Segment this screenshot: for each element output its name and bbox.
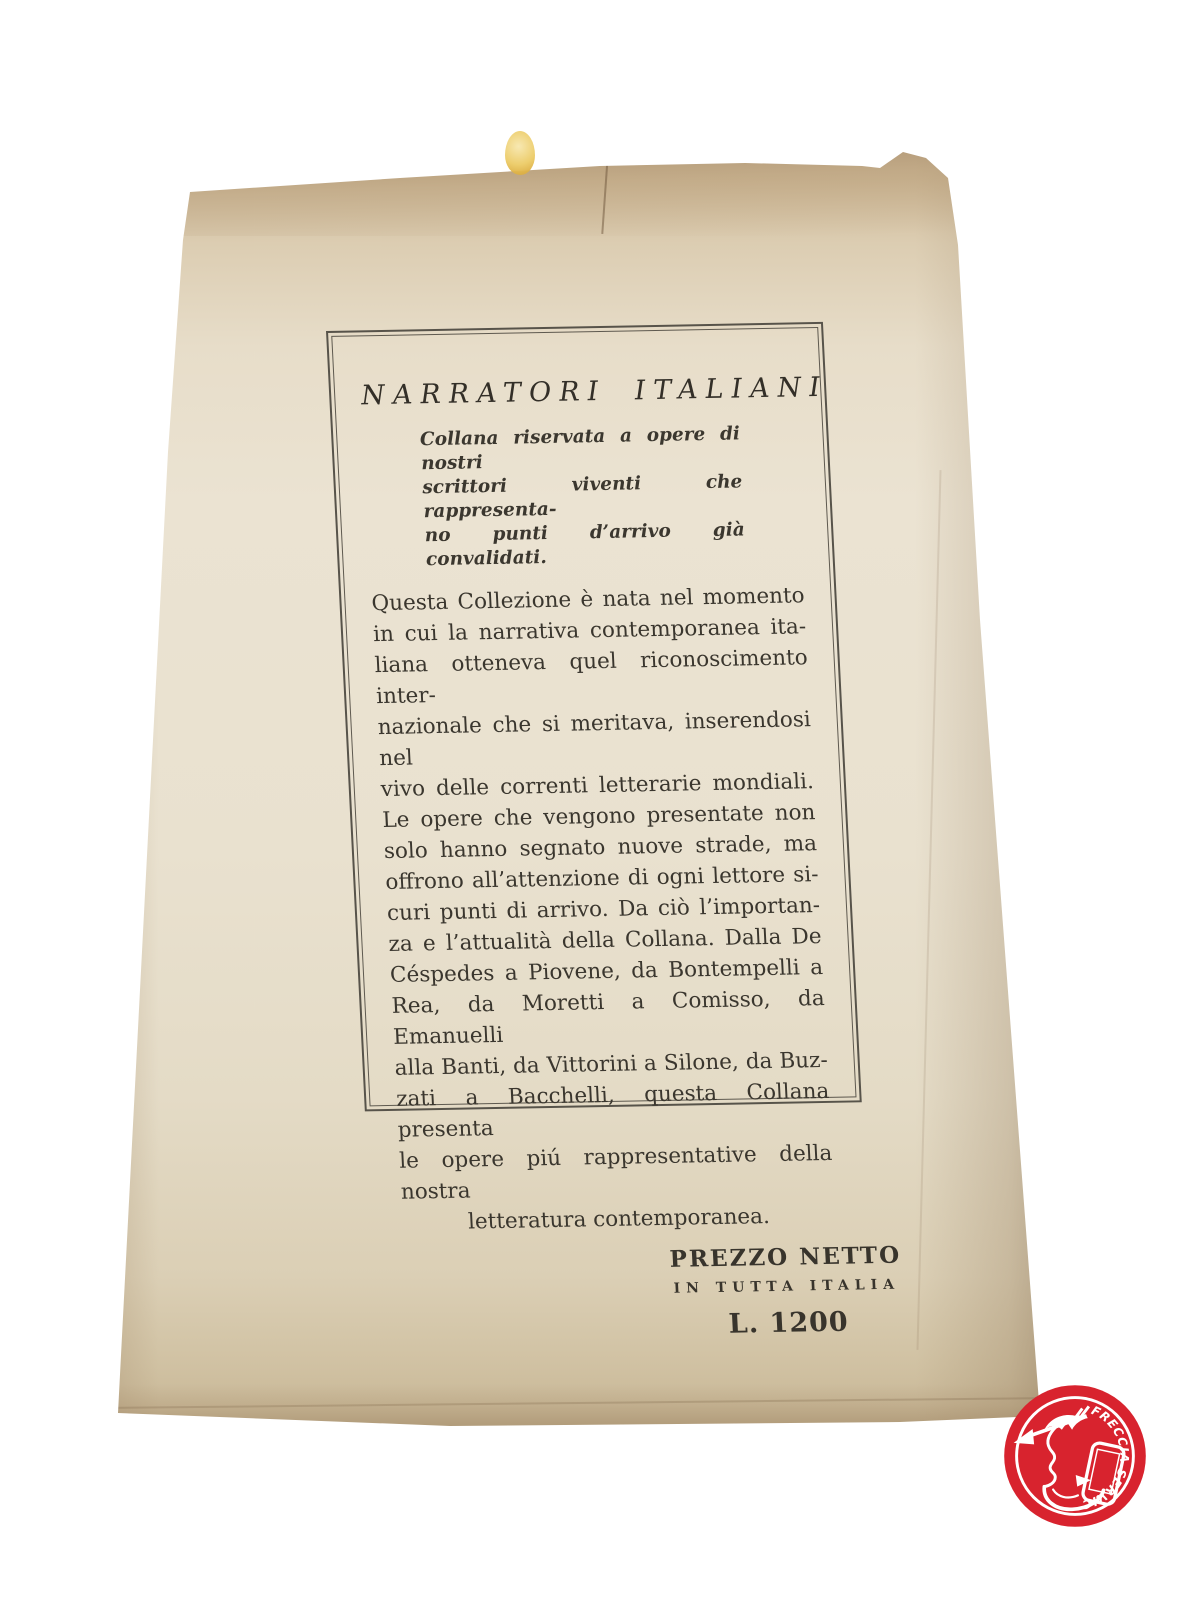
series-note-line: Collana riservata a opere di nostri	[419, 422, 741, 476]
freccia-service-watermark-icon: FRECCIA SERVICE®	[1002, 1383, 1148, 1529]
series-description-line: Rea, da Moretti a Comisso, da Emanuelli	[391, 983, 827, 1053]
book-back-cover: NARRATORI ITALIANI Collana riservata a o…	[112, 140, 1046, 1432]
series-note: Collana riservata a opere di nostriscrit…	[419, 422, 746, 572]
jacket-printed-content: NARRATORI ITALIANI Collana riservata a o…	[103, 127, 1101, 1435]
series-panel-frame: NARRATORI ITALIANI Collana riservata a o…	[326, 322, 862, 1112]
series-panel: NARRATORI ITALIANI Collana riservata a o…	[331, 327, 856, 1106]
price-sublabel: IN TUTTA ITALIA	[671, 1277, 904, 1297]
price-amount: L. 1200	[672, 1306, 906, 1341]
price-block: PREZZO NETTO IN TUTTA ITALIA L. 1200	[669, 1242, 906, 1341]
series-description-last-line: letteratura contemporanea.	[402, 1200, 836, 1239]
price-label: PREZZO NETTO	[669, 1242, 902, 1273]
photo-scene: NARRATORI ITALIANI Collana riservata a o…	[0, 0, 1200, 1600]
series-description-line: liana otteneva quel riconoscimento inter…	[374, 642, 810, 712]
tape-residue	[505, 131, 535, 175]
series-note-line: no punti d’arrivo già convalidati.	[424, 518, 746, 572]
series-description-line: le opere piú rappresentative della nostr…	[399, 1138, 835, 1208]
series-description: Questa Collezione è nata nel momentoin c…	[371, 580, 835, 1207]
series-description-line: nazionale che si meritava, inserendosi n…	[377, 704, 813, 774]
series-title: NARRATORI ITALIANI	[360, 372, 794, 411]
series-description-line: zati a Bacchelli, questa Collana present…	[396, 1076, 832, 1146]
series-note-line: scrittori viventi che rappresenta-	[422, 470, 744, 524]
